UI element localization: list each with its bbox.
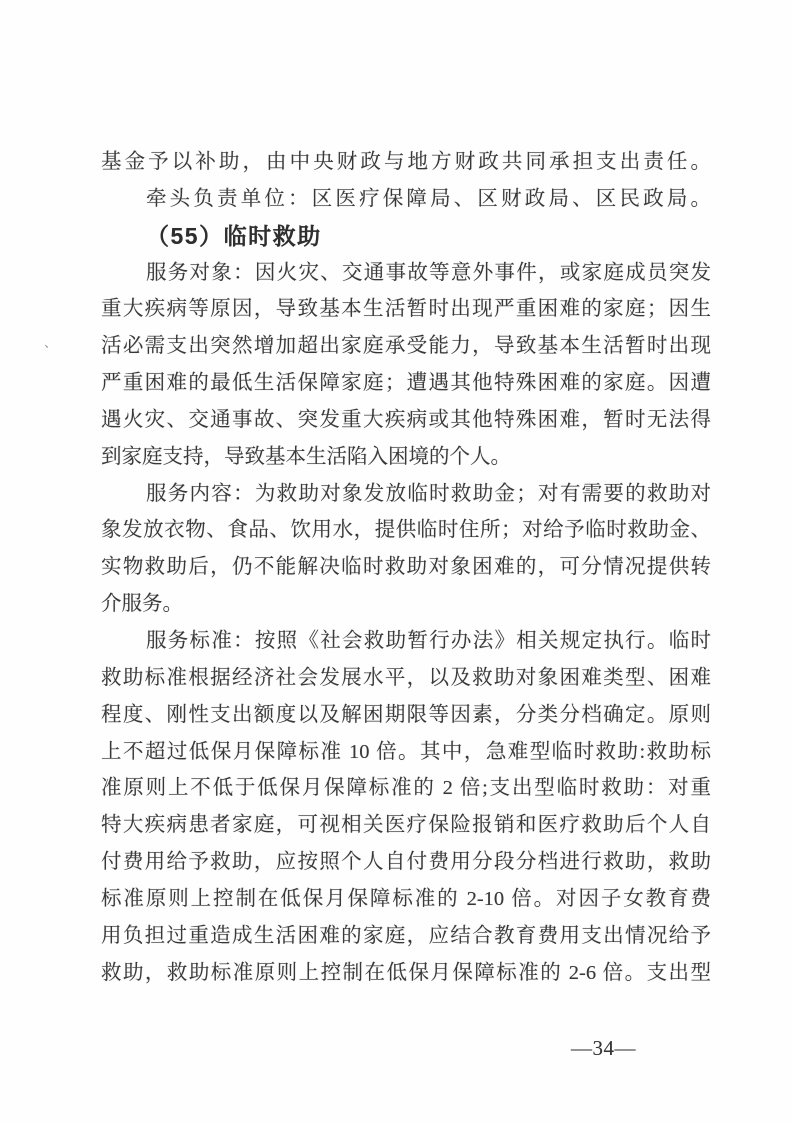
body-text-line: 牵头负责单位：区医疗保障局、区财政局、区民政局。 xyxy=(101,181,711,218)
document-body: 基金予以补助，由中央财政与地方财政共同承担支出责任。牵头负责单位：区医疗保障局、… xyxy=(101,144,711,991)
body-text-line: 基金予以补助，由中央财政与地方财政共同承担支出责任。 xyxy=(101,144,711,181)
section-heading: （55）临时救助 xyxy=(101,218,711,255)
body-text-line: 救助标准根据经济社会发展水平，以及救助对象困难类型、困难 xyxy=(101,660,711,697)
body-text-line: 用负担过重造成生活困难的家庭，应结合教育费用支出情况给予 xyxy=(101,918,711,955)
body-text-line: 准原则上不低于低保月保障标准的 2 倍;支出型临时救助：对重 xyxy=(101,770,711,807)
body-text-line: 严重困难的最低生活保障家庭；遭遇其他特殊困难的家庭。因遭 xyxy=(101,365,711,402)
body-text-line: 救助，救助标准原则上控制在低保月保障标准的 2-6 倍。支出型 xyxy=(101,955,711,992)
body-text-line: 介服务。 xyxy=(101,586,711,623)
margin-mark-artifact: 、 xyxy=(44,332,57,351)
body-text-line: 付费用给予救助，应按照个人自付费用分段分档进行救助，救助 xyxy=(101,844,711,881)
body-text-line: 活必需支出突然增加超出家庭承受能力，导致基本生活暂时出现 xyxy=(101,328,711,365)
body-text-line: 遇火灾、交通事故、突发重大疾病或其他特殊困难，暂时无法得 xyxy=(101,402,711,439)
body-text-line: 服务内容：为救助对象发放临时救助金；对有需要的救助对 xyxy=(101,476,711,513)
page-number: —34— xyxy=(571,1036,636,1061)
body-text-line: 重大疾病等原因，导致基本生活暂时出现严重困难的家庭；因生 xyxy=(101,291,711,328)
document-page: 、 基金予以补助，由中央财政与地方财政共同承担支出责任。牵头负责单位：区医疗保障… xyxy=(0,0,793,1122)
body-text-line: 象发放衣物、食品、饮用水，提供临时住所；对给予临时救助金、 xyxy=(101,512,711,549)
body-text-line: 服务标准：按照《社会救助暂行办法》相关规定执行。临时 xyxy=(101,623,711,660)
body-text-line: 到家庭支持，导致基本生活陷入困境的个人。 xyxy=(101,439,711,476)
body-text-line: 特大疾病患者家庭，可视相关医疗保险报销和医疗救助后个人自 xyxy=(101,807,711,844)
body-text-line: 实物救助后，仍不能解决临时救助对象困难的，可分情况提供转 xyxy=(101,549,711,586)
body-text-line: 标准原则上控制在低保月保障标准的 2-10 倍。对因子女教育费 xyxy=(101,881,711,918)
body-text-line: 上不超过低保月保障标准 10 倍。其中，急难型临时救助:救助标 xyxy=(101,734,711,771)
body-text-line: 服务对象：因火灾、交通事故等意外事件，或家庭成员突发 xyxy=(101,255,711,292)
body-text-line: 程度、刚性支出额度以及解困期限等因素，分类分档确定。原则 xyxy=(101,697,711,734)
